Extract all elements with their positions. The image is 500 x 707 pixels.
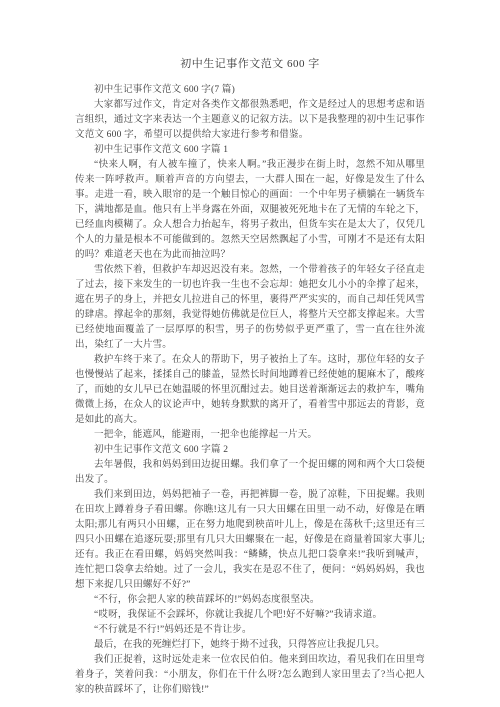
paragraph: “不行就是不行!”妈妈还是不肯让步。 bbox=[75, 623, 425, 638]
paragraph: 我们正捉着，这时远处走来一位农民伯伯。他来到田坎边，看见我们在田里弯着身子，笑着… bbox=[75, 653, 425, 698]
paragraph: “不行，你会把人家的秧苗踩坏的!”妈妈态度很坚决。 bbox=[75, 593, 425, 608]
paragraph: 我们来到田边，妈妈把袖子一卷，再把裤脚一卷，脱了凉鞋，下田捉螺。我则在田坎上蹲着… bbox=[75, 488, 425, 593]
paragraph: 救护车终于来了。在众人的帮助下，男子被抬上了车。这时，那位年轻的女子也慢慢站了起… bbox=[75, 353, 425, 428]
document-body: 初中生记事作文范文 600 字(7 篇)大家都写过作文，肯定对各类作文都很熟悉吧… bbox=[75, 83, 425, 698]
section-heading: 初中生记事作文范文 600 字篇 2 bbox=[75, 443, 425, 458]
paragraph: “哎呀，我保证不会踩坏，你就让我捉几个吧!好不好嘛?”我请求道。 bbox=[75, 608, 425, 623]
paragraph: “快来人啊，有人被车撞了，快来人啊。”我正漫步在街上时，忽然不知从哪里传来一阵呼… bbox=[75, 158, 425, 263]
document-title: 初中生记事作文范文 600 字 bbox=[75, 56, 425, 72]
section-heading: 初中生记事作文范文 600 字篇 1 bbox=[75, 143, 425, 158]
section-heading: 初中生记事作文范文 600 字(7 篇) bbox=[75, 83, 425, 98]
document-page: 初中生记事作文范文 600 字 初中生记事作文范文 600 字(7 篇)大家都写… bbox=[0, 0, 500, 707]
paragraph: 一把伞，能遮风，能避雨，一把伞也能撑起一片天。 bbox=[75, 428, 425, 443]
paragraph: 去年暑假，我和妈妈到田边捉田螺。我们拿了一个捉田螺的网和两个大口袋便出发了。 bbox=[75, 458, 425, 488]
paragraph: 雪依然下着，但救护车却迟迟没有来。忽然，一个带着孩子的年轻女子径直走了过去，接下… bbox=[75, 263, 425, 353]
paragraph: 最后，在我的死缠烂打下，她终于拗不过我，只得答应让我捉几只。 bbox=[75, 638, 425, 653]
paragraph: 大家都写过作文，肯定对各类作文都很熟悉吧，作文是经过人的思想考虑和语言组织，通过… bbox=[75, 98, 425, 143]
